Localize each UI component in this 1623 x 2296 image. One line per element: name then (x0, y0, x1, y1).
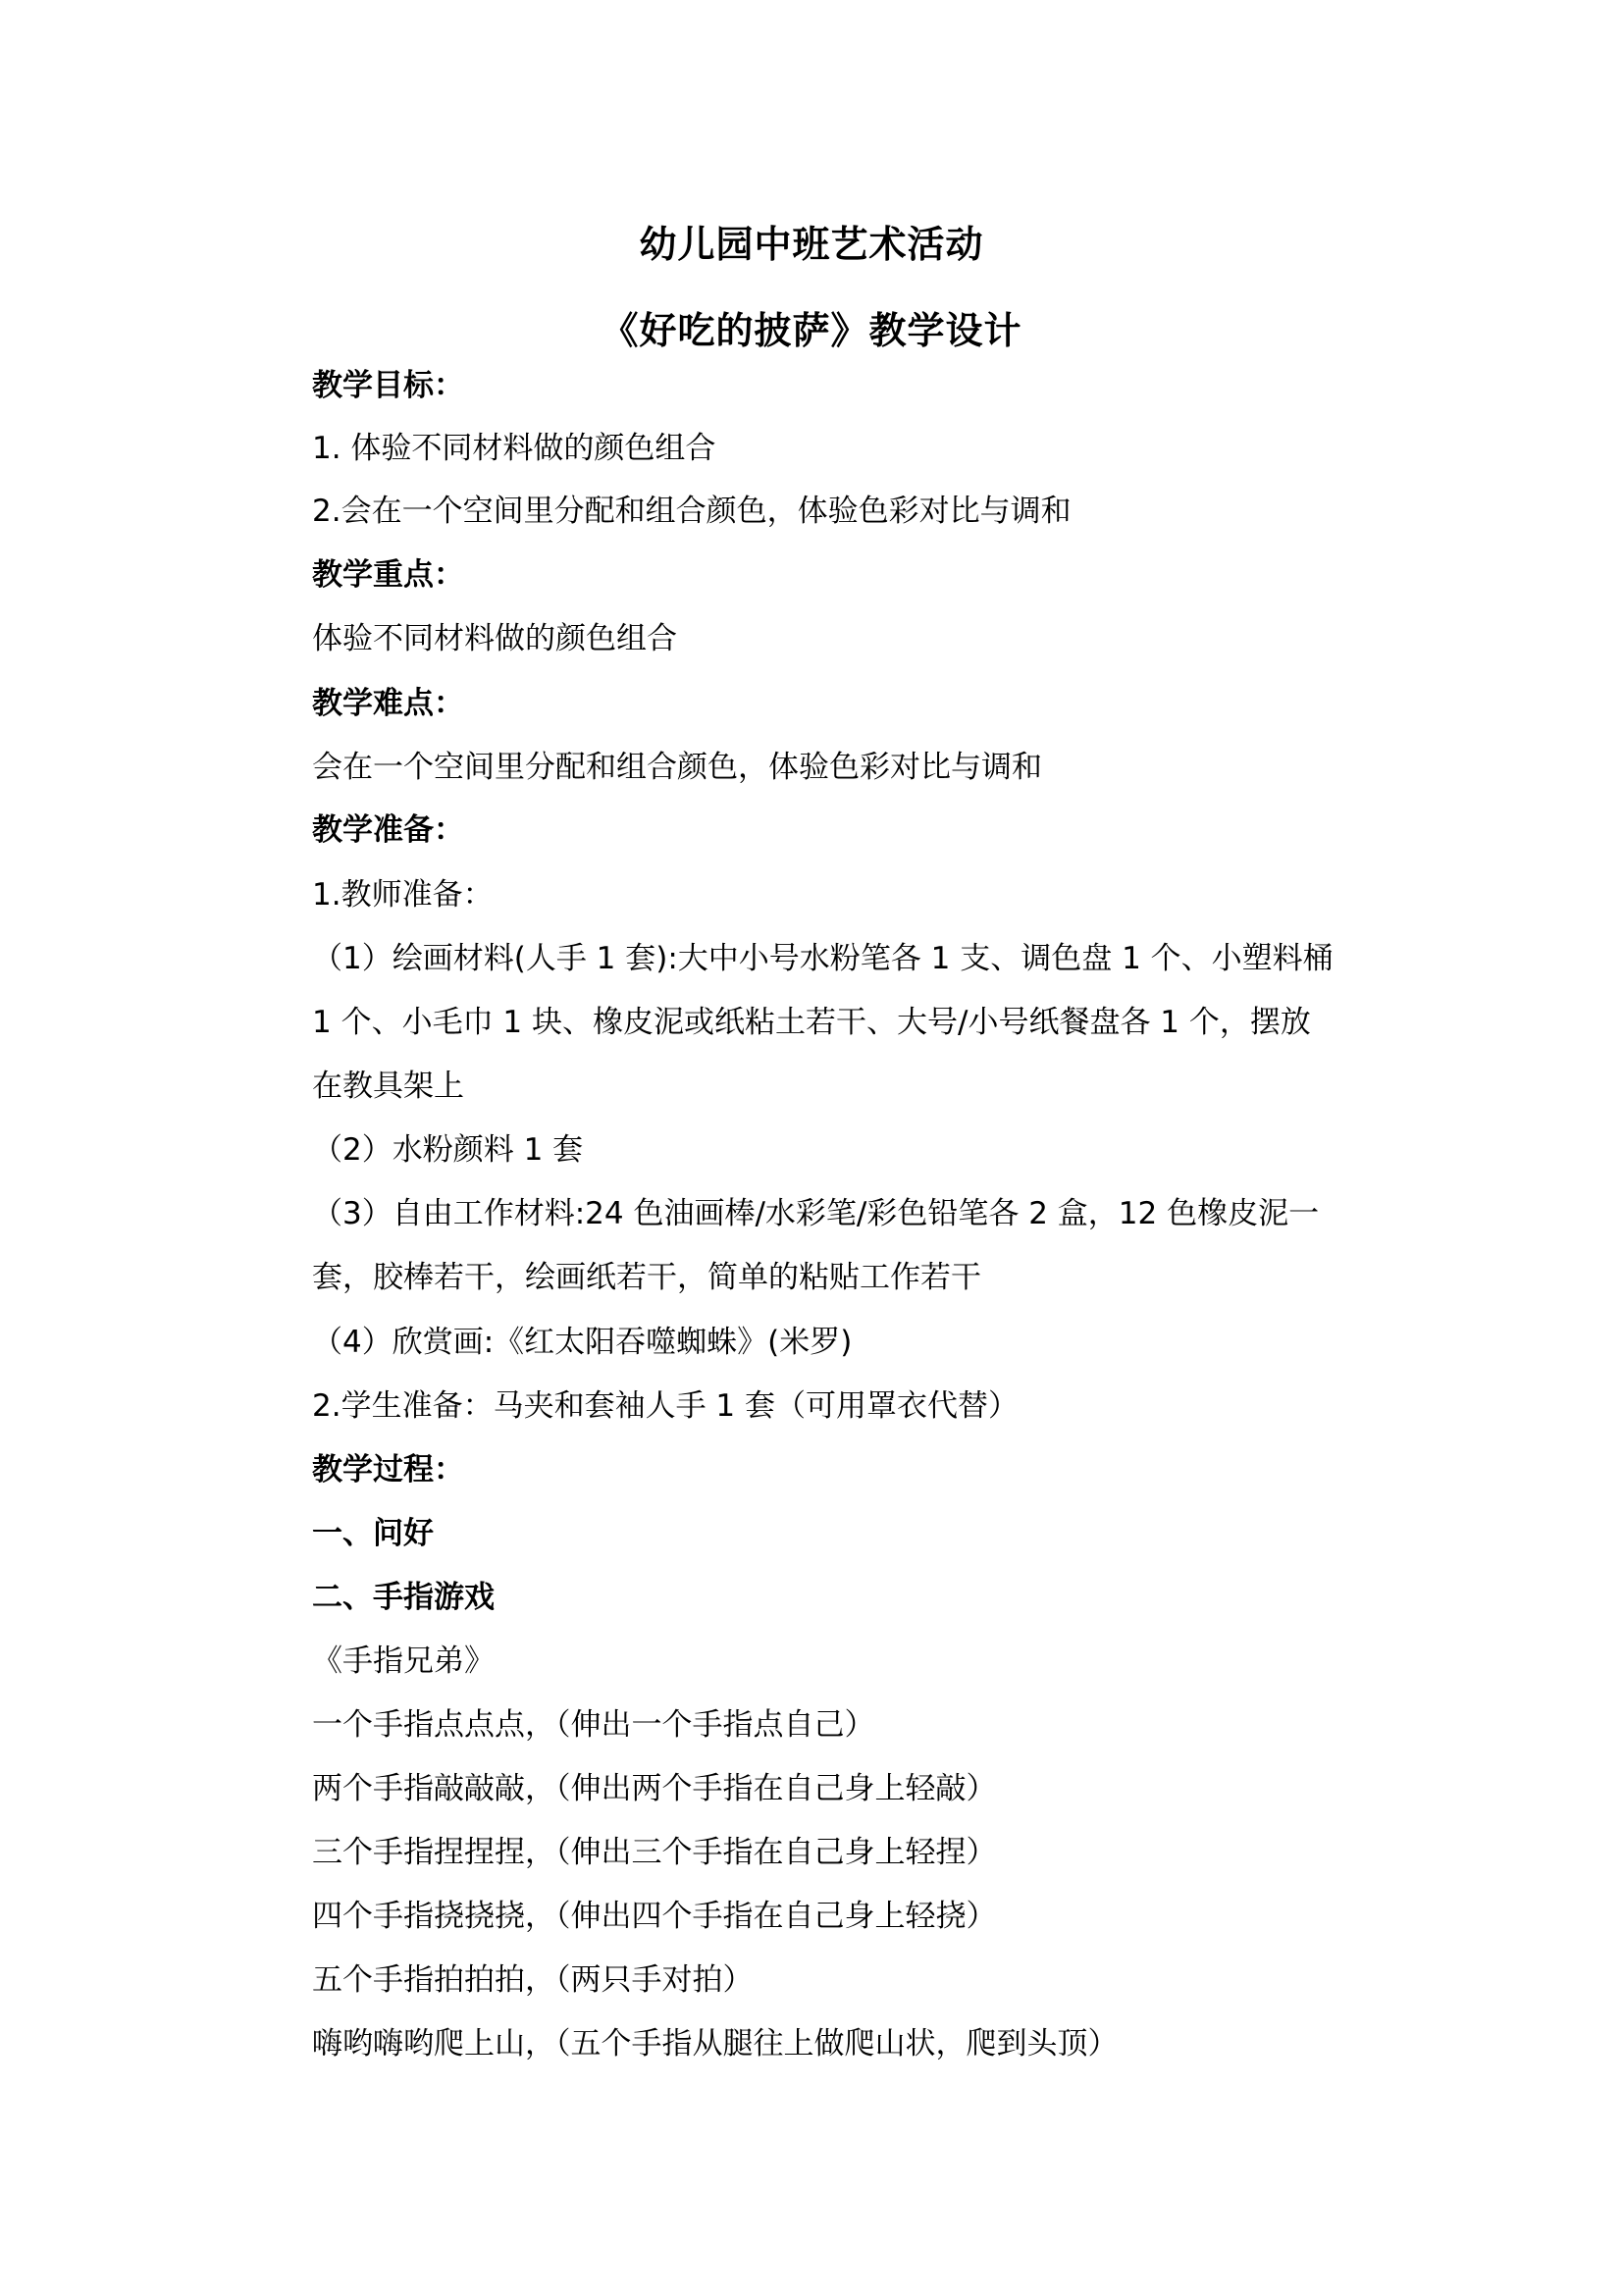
difficulties-heading: 教学难点： (312, 684, 464, 723)
verse-line: 嗨哟嗨哟爬上山，（五个手指从腿往上做爬山状，爬到头顶） (312, 2024, 1119, 2063)
verse-line: 四个手指挠挠挠，（伸出四个手指在自己身上轻挠） (312, 1897, 997, 1936)
document-subtitle: 《好吃的披萨》教学设计 (0, 300, 1623, 354)
key-points-text: 体验不同材料做的颜色组合 (312, 619, 677, 658)
preparation-item-3-cont: 套，胶棒若干，绘画纸若干，简单的粘贴工作若干 (312, 1258, 981, 1297)
objective-item: 2.会在一个空间里分配和组合颜色，体验色彩对比与调和 (312, 492, 1072, 531)
process-step-2: 二、手指游戏 (312, 1578, 495, 1617)
student-preparation: 2.学生准备：马夹和套袖人手 1 套（可用罩衣代替） (312, 1386, 1019, 1426)
verse-line: 两个手指敲敲敲，（伸出两个手指在自己身上轻敲） (312, 1769, 997, 1808)
preparation-item-2: （2）水粉颜料 1 套 (312, 1130, 583, 1170)
objectives-heading: 教学目标： (312, 366, 464, 405)
preparation-item-3: （3）自由工作材料:24 色油画棒/水彩笔/彩色铅笔各 2 盒，12 色橡皮泥一 (312, 1194, 1319, 1233)
document-page: 幼儿园中班艺术活动 《好吃的披萨》教学设计 教学目标： 1. 体验不同材料做的颜… (0, 0, 1623, 2296)
key-points-heading: 教学重点： (312, 555, 464, 595)
document-title: 幼儿园中班艺术活动 (0, 214, 1623, 268)
preparation-item-1-cont: 在教具架上 (312, 1067, 464, 1106)
verse-line: 一个手指点点点，（伸出一个手指点自己） (312, 1705, 875, 1745)
preparation-item-1: （1）绘画材料(人手 1 套):大中小号水粉笔各 1 支、调色盘 1 个、小塑料… (312, 939, 1334, 978)
game-title: 《手指兄弟》 (312, 1642, 495, 1681)
teacher-preparation-heading: 1.教师准备： (312, 875, 494, 914)
verse-line: 五个手指拍拍拍，（两只手对拍） (312, 1960, 754, 2000)
preparation-heading: 教学准备： (312, 810, 464, 850)
preparation-item-1-cont: 1 个、小毛巾 1 块、橡皮泥或纸粘土若干、大号/小号纸餐盘各 1 个，摆放 (312, 1003, 1311, 1042)
process-heading: 教学过程： (312, 1450, 464, 1489)
objective-item: 1. 体验不同材料做的颜色组合 (312, 429, 715, 468)
verse-line: 三个手指捏捏捏，（伸出三个手指在自己身上轻捏） (312, 1833, 997, 1872)
preparation-item-4: （4）欣赏画:《红太阳吞噬蜘蛛》(米罗) (312, 1323, 852, 1362)
process-step-1: 一、问好 (312, 1514, 434, 1553)
difficulties-text: 会在一个空间里分配和组合颜色，体验色彩对比与调和 (312, 748, 1042, 787)
